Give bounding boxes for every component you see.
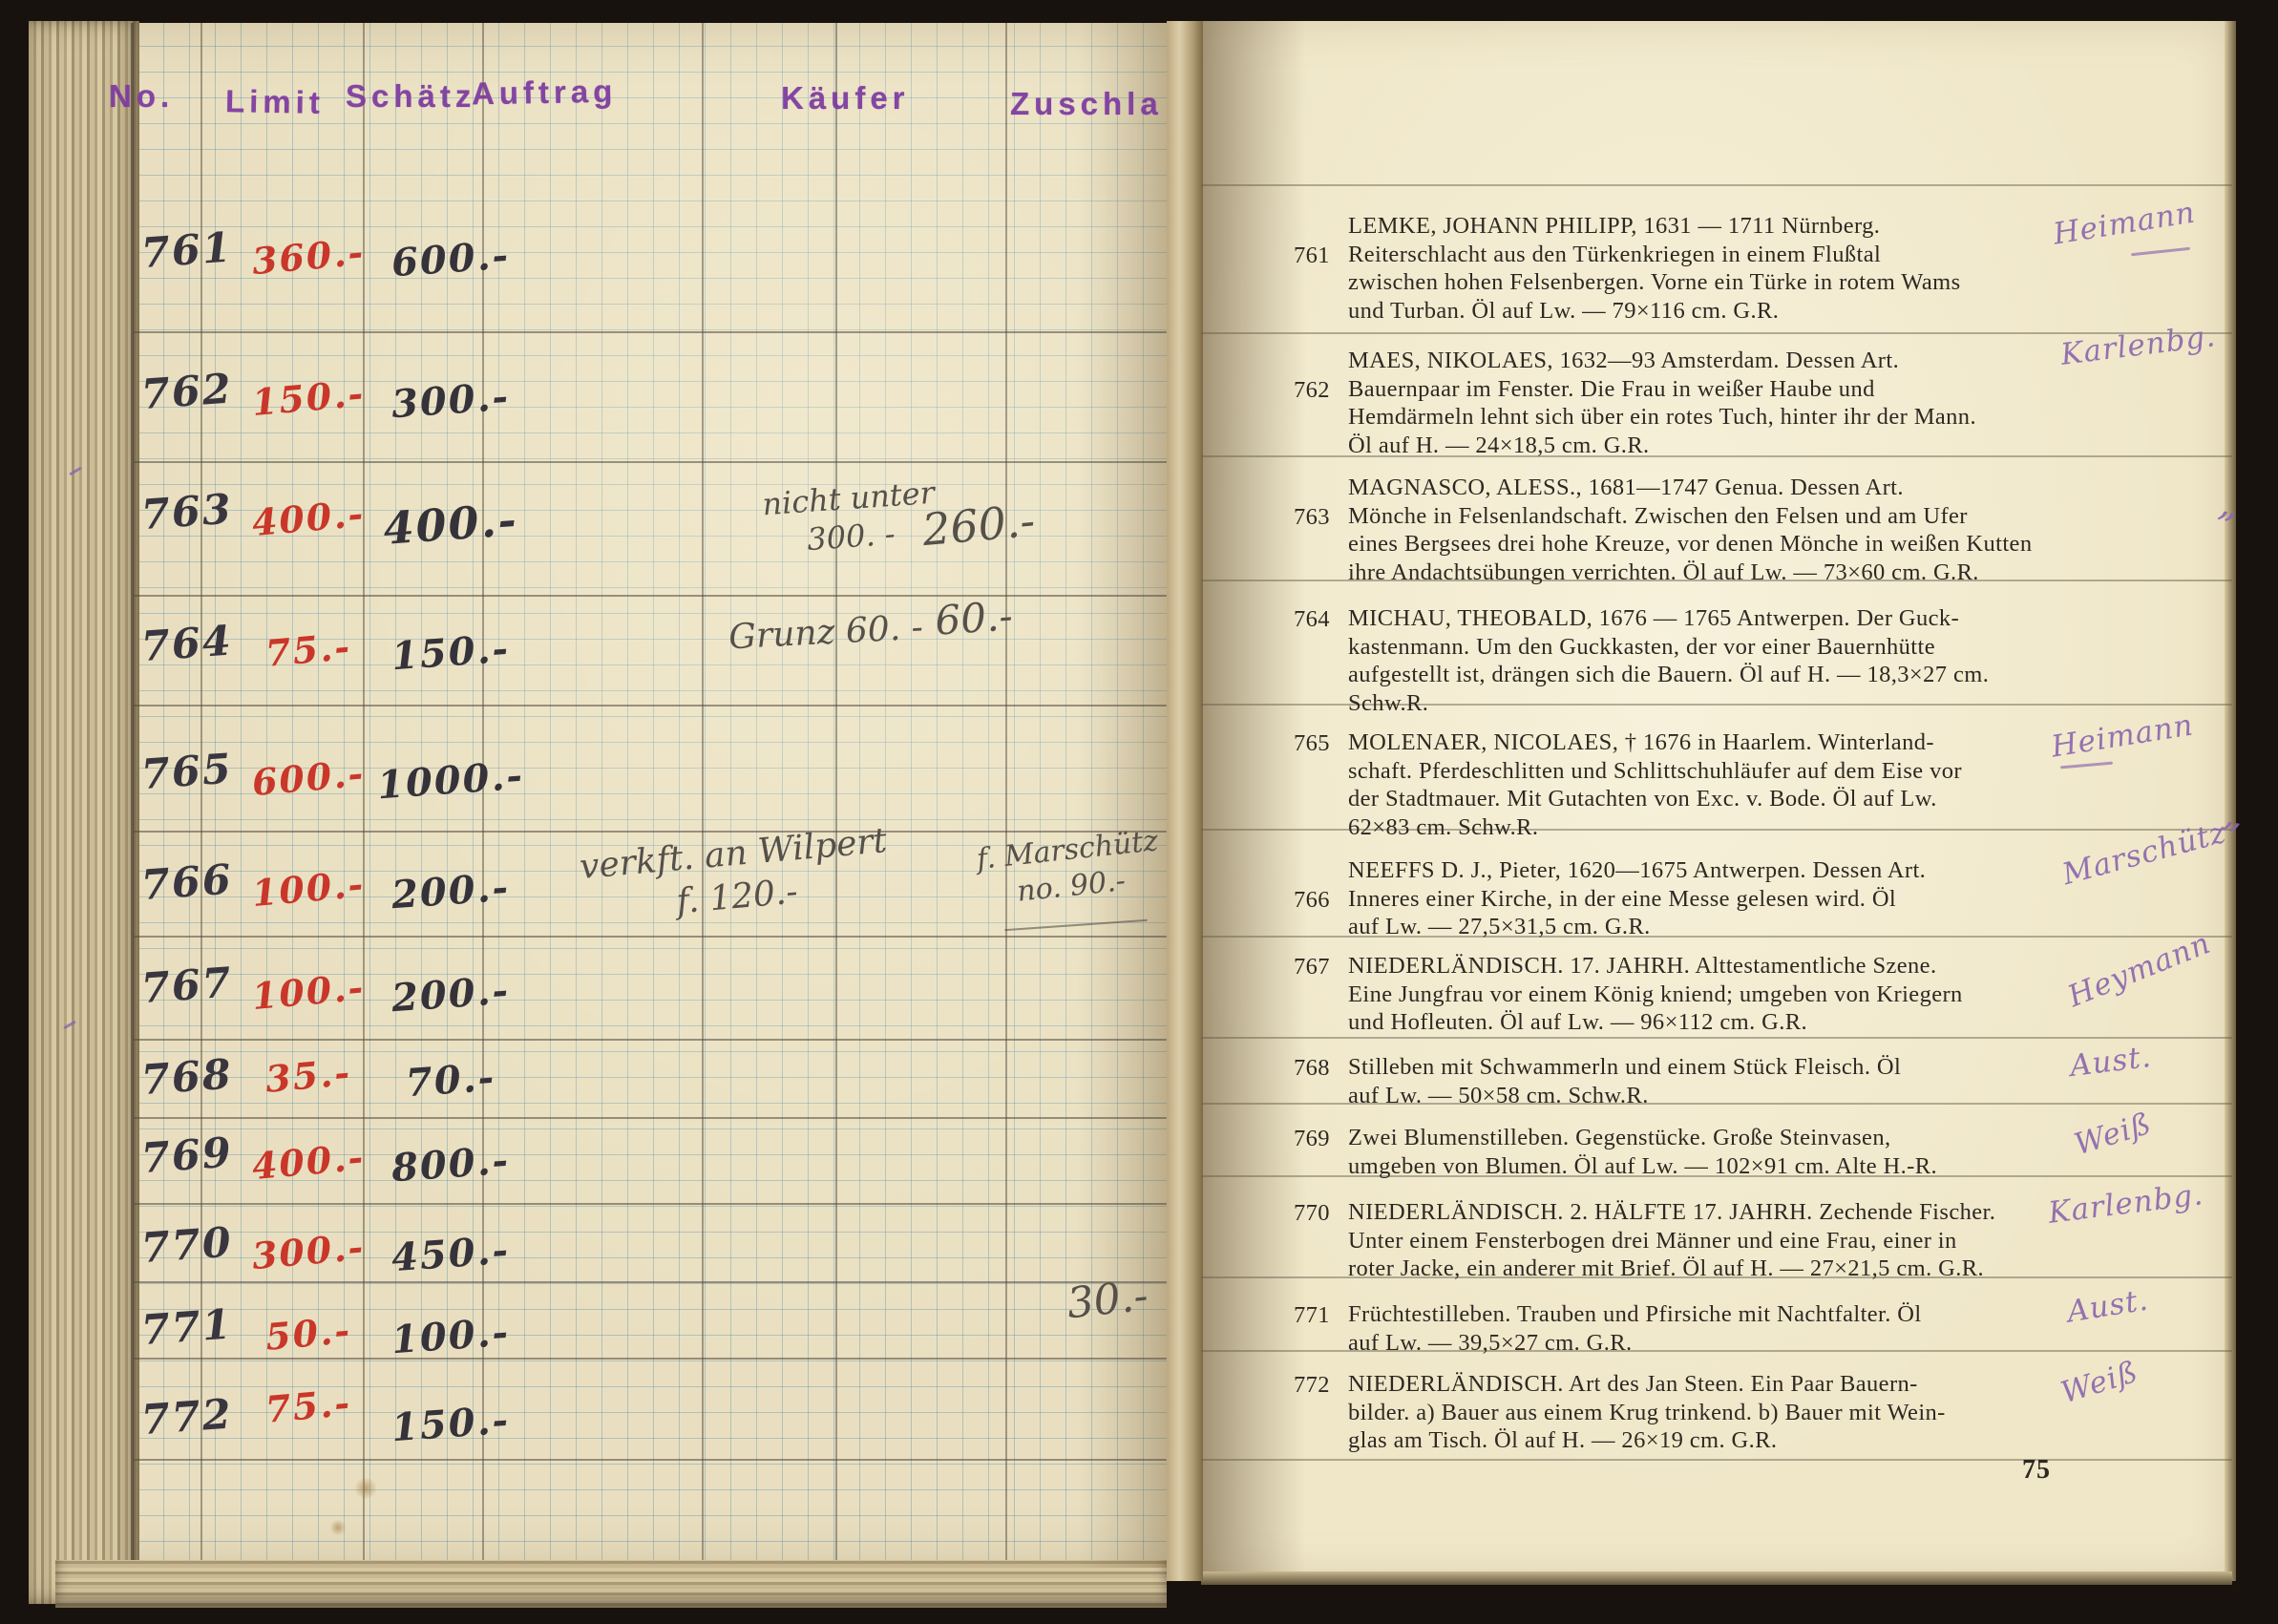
description-line: schaft. Pferdeschlitten und Schlittschuh… <box>1348 757 2069 786</box>
description-line: Öl auf H. — 24×18,5 cm. G.R. <box>1348 432 2069 460</box>
artist-line: LEMKE, JOHANN PHILIPP, 1631 — 1711 Nürnb… <box>1294 212 2069 241</box>
column-rule <box>1005 23 1007 1560</box>
description-line: auf Lw. — 50×58 cm. Schw.R. <box>1348 1082 2069 1110</box>
catalog-entry-769: 769 Zwei Blumenstilleben. Gegenstücke. G… <box>1294 1124 2069 1180</box>
description-line: Hemdärmeln lehnt sich über ein rotes Tuc… <box>1348 403 2069 432</box>
hammer-price-764: 60.- <box>900 589 1046 649</box>
row-separator <box>134 1459 1167 1461</box>
page-stack-edge-left <box>29 19 139 1604</box>
header-limit: Limit <box>225 83 325 121</box>
lot-number: 767 <box>139 960 228 1013</box>
lot-number: 771 <box>139 1301 228 1355</box>
lot-number: 764 <box>139 618 228 671</box>
catalog-entry-771: 771 Früchtestilleben. Trauben und Pfirsi… <box>1294 1300 2069 1357</box>
lot-number: 765 <box>139 746 228 799</box>
description-line: Bauernpaar im Fenster. Die Frau in weiße… <box>1348 375 2069 404</box>
description-line: der Stadtmauer. Mit Gutachten von Exc. v… <box>1348 785 2069 813</box>
description-line: aufgestellt ist, drängen sich die Bauern… <box>1348 661 2069 689</box>
lot-number: 762 <box>1294 376 1330 405</box>
artist-line: NEEFFS D. J., Pieter, 1620—1675 Antwerpe… <box>1294 856 2069 885</box>
row-separator <box>134 831 1167 833</box>
lot-number: 770 <box>1294 1199 1330 1228</box>
header-kaeufer: Käufer <box>781 80 910 116</box>
entry-rule <box>1201 1459 2232 1461</box>
lot-number: 766 <box>139 856 228 910</box>
catalog-entry-762: MAES, NIKOLAES, 1632—93 Amsterdam. Desse… <box>1294 347 2069 459</box>
gutter-curl <box>1167 19 1203 1581</box>
description-line: kastenmann. Um den Guckkasten, der vor e… <box>1348 633 2069 662</box>
lot-number: 766 <box>1294 886 1330 915</box>
description-line: Eine Jungfrau vor einem König kniend; um… <box>1348 981 2069 1009</box>
column-rule <box>835 23 837 1560</box>
row-separator <box>134 705 1167 707</box>
page-stack-edge-bottom <box>55 1560 1167 1610</box>
lot-number: 772 <box>139 1391 228 1445</box>
description-line: roter Jacke, ein anderer mit Brief. Öl a… <box>1348 1255 2069 1283</box>
lot-number: 770 <box>139 1219 228 1273</box>
description-line: umgeben von Blumen. Öl auf Lw. — 102×91 … <box>1348 1152 2069 1181</box>
book-cover-bottom <box>0 1608 2278 1624</box>
fox-spot <box>353 1478 378 1499</box>
row-separator <box>134 1117 1167 1119</box>
lot-number: 772 <box>1294 1371 1330 1400</box>
row-separator <box>134 936 1167 938</box>
lot-number: 763 <box>139 486 228 539</box>
catalog-entry-768: 768 Stilleben mit Schwammerln und einem … <box>1294 1053 2069 1109</box>
row-separator <box>134 461 1167 463</box>
catalog-entry-766: NEEFFS D. J., Pieter, 1620—1675 Antwerpe… <box>1294 856 2069 941</box>
lot-number: 771 <box>1294 1301 1330 1330</box>
description-line: Mönche in Felsenlandschaft. Zwischen den… <box>1348 502 2069 531</box>
description-line: NIEDERLÄNDISCH. 2. HÄLFTE 17. JAHRH. Zec… <box>1348 1198 2069 1227</box>
header-no: No. <box>109 78 174 115</box>
book-spread: No. Limit Schätz Auftrag Käufer Zuschla … <box>0 0 2278 1624</box>
row-separator <box>134 1039 1167 1041</box>
description-line: auf Lw. — 39,5×27 cm. G.R. <box>1348 1329 2069 1358</box>
lot-number: 767 <box>1294 953 1330 981</box>
catalog-entry-770: 770 NIEDERLÄNDISCH. 2. HÄLFTE 17. JAHRH.… <box>1294 1198 2069 1283</box>
lot-number: 762 <box>139 366 228 419</box>
lot-number: 769 <box>1294 1125 1330 1153</box>
description-line: Schw.R. <box>1348 689 2069 718</box>
catalog-entry-761: LEMKE, JOHANN PHILIPP, 1631 — 1711 Nürnb… <box>1294 212 2069 325</box>
catalog-entry-767: 767 NIEDERLÄNDISCH. 17. JAHRH. Alttestam… <box>1294 952 2069 1037</box>
row-separator <box>134 1281 1167 1283</box>
description-line: 62×83 cm. Schw.R. <box>1348 813 2069 842</box>
header-zuschlag: Zuschla <box>1010 86 1163 122</box>
lot-number: 761 <box>139 224 228 278</box>
fox-spot <box>329 1520 347 1535</box>
header-auftrag: Auftrag <box>472 74 618 113</box>
description-line: NIEDERLÄNDISCH. 17. JAHRH. Alttestamentl… <box>1348 952 2069 981</box>
description-line: ihre Andachtsübungen verrichten. Öl auf … <box>1348 559 2069 587</box>
description-line: Inneres einer Kirche, in der eine Messe … <box>1348 885 2069 914</box>
gutter-shadow <box>1201 19 1306 1581</box>
catalog-entry-765: 765 MOLENAER, NICOLAES, † 1676 in Haarle… <box>1294 728 2069 841</box>
description-line: bilder. a) Bauer aus einem Krug trinkend… <box>1348 1399 2069 1427</box>
lot-number: 763 <box>1294 503 1330 532</box>
description-line: Reiterschlacht aus den Türkenkriegen in … <box>1348 241 2069 269</box>
lot-number: 769 <box>139 1129 228 1183</box>
description-line: Unter einem Fensterbogen drei Männer und… <box>1348 1227 2069 1255</box>
catalog-entry-772: 772 NIEDERLÄNDISCH. Art des Jan Steen. E… <box>1294 1370 2069 1455</box>
description-line: MOLENAER, NICOLAES, † 1676 in Haarlem. W… <box>1348 728 2069 757</box>
entry-rule <box>1201 184 2232 186</box>
description-line: und Hofleuten. Öl auf Lw. — 96×112 cm. G… <box>1348 1008 2069 1037</box>
column-rule <box>131 23 134 1560</box>
catalog-entry-764: 764 MICHAU, THEOBALD, 1676 — 1765 Antwer… <box>1294 604 2069 717</box>
description-line: Zwei Blumenstilleben. Gegenstücke. Große… <box>1348 1124 2069 1152</box>
description-line: glas am Tisch. Öl auf H. — 26×19 cm. G.R… <box>1348 1426 2069 1455</box>
artist-line: MAES, NIKOLAES, 1632—93 Amsterdam. Desse… <box>1294 347 2069 375</box>
description-line: Früchtestilleben. Trauben und Pfirsiche … <box>1348 1300 2069 1329</box>
artist-line: MAGNASCO, ALESS., 1681—1747 Genua. Desse… <box>1294 474 2069 502</box>
lot-number: 761 <box>1294 242 1330 270</box>
row-separator <box>134 1358 1167 1360</box>
description-line: NIEDERLÄNDISCH. Art des Jan Steen. Ein P… <box>1348 1370 2069 1399</box>
gutter-shade <box>1077 23 1167 1568</box>
book-cover-top <box>0 0 2278 21</box>
description-line: auf Lw. — 27,5×31,5 cm. G.R. <box>1348 913 2069 941</box>
header-schaetz: Schätz <box>346 78 475 115</box>
description-line: zwischen hohen Felsenbergen. Vorne ein T… <box>1348 268 2069 297</box>
page-edge-bottom <box>1201 1571 2232 1585</box>
row-separator <box>134 331 1167 333</box>
column-rule <box>702 23 704 1560</box>
page-number: 75 <box>2022 1455 2051 1486</box>
description-line: eines Bergsees drei hohe Kreuze, vor den… <box>1348 530 2069 559</box>
lot-number: 768 <box>139 1051 228 1105</box>
entry-rule <box>1201 332 2232 334</box>
row-separator <box>134 1203 1167 1205</box>
description-line: MICHAU, THEOBALD, 1676 — 1765 Antwerpen.… <box>1348 604 2069 633</box>
lot-number: 765 <box>1294 729 1330 758</box>
lot-number: 764 <box>1294 605 1330 634</box>
entry-rule <box>1201 1037 2232 1039</box>
lot-number: 768 <box>1294 1054 1330 1083</box>
description-line: und Turban. Öl auf Lw. — 79×116 cm. G.R. <box>1348 297 2069 326</box>
estimate-value: 400.- <box>372 493 528 555</box>
catalog-entry-763: MAGNASCO, ALESS., 1681—1747 Genua. Desse… <box>1294 474 2069 586</box>
description-line: Stilleben mit Schwammerln und einem Stüc… <box>1348 1053 2069 1082</box>
